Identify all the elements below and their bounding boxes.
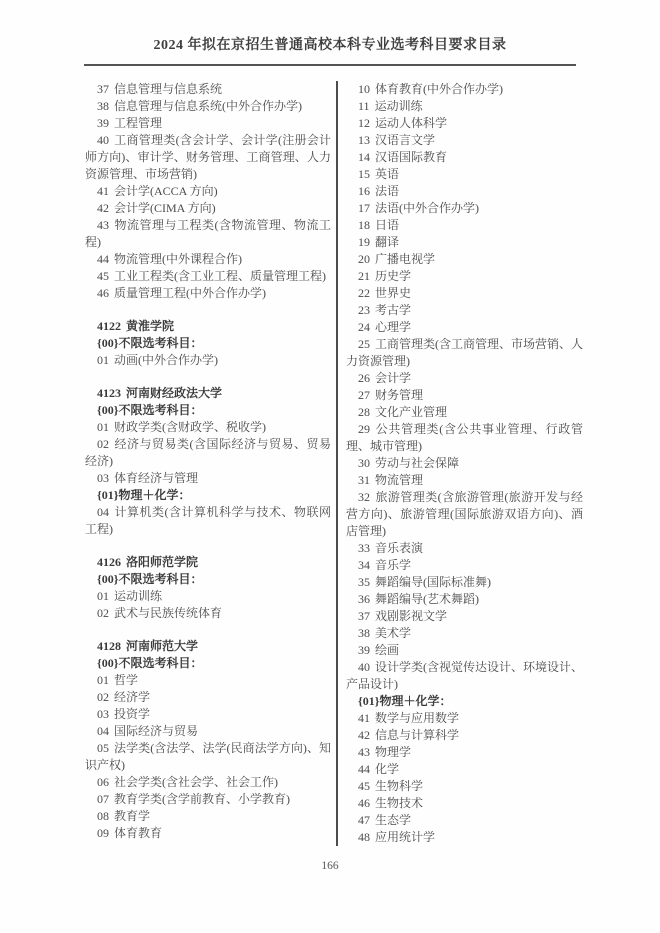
left-column: 37信息管理与信息系统38信息管理与信息系统(中外合作办学)39工程管理40工商…	[85, 81, 331, 846]
major-entry: 16法语	[346, 183, 583, 200]
major-name: 教育学	[114, 809, 150, 823]
major-name: 日语	[375, 218, 399, 232]
document-page: 2024 年拟在京招生普通高校本科专业选考科目要求目录 37信息管理与信息系统3…	[0, 0, 660, 933]
major-name: 旅游管理类(含旅游管理(旅游开发与经营方向)、旅游管理(国际旅游双语方向)、酒店…	[346, 490, 583, 538]
major-name: 工商管理类(含会计学、会计学(注册会计师方向)、审计学、财务管理、工商管理、人力…	[85, 133, 331, 181]
major-name: 戏剧影视文学	[375, 609, 447, 623]
major-entry: 43物理学	[346, 744, 583, 761]
major-entry: 44物流管理(中外课程合作)	[85, 251, 331, 268]
major-entry: 08教育学	[85, 808, 331, 825]
major-name: 会计学(CIMA 方向)	[114, 201, 216, 215]
major-name: 绘画	[375, 643, 399, 657]
major-number: 06	[97, 775, 109, 789]
major-number: 37	[358, 609, 370, 623]
major-number: 03	[97, 707, 109, 721]
major-name: 生物科学	[375, 779, 423, 793]
major-entry: 45生物科学	[346, 778, 583, 795]
major-name: 法语	[375, 184, 399, 198]
major-entry: 35舞蹈编导(国际标准舞)	[346, 574, 583, 591]
major-entry: 15英语	[346, 166, 583, 183]
subject-requirement-label: {00}不限选考科目：	[97, 572, 202, 586]
school-heading: 4123河南财经政法大学	[85, 385, 331, 402]
major-name: 会计学(ACCA 方向)	[114, 184, 218, 198]
column-divider	[336, 81, 338, 846]
major-name: 信息与计算科学	[375, 728, 459, 742]
major-number: 27	[358, 388, 370, 402]
major-name: 体育教育	[114, 826, 162, 840]
subject-requirement-heading: {00}不限选考科目：	[85, 571, 331, 588]
major-number: 16	[358, 184, 370, 198]
major-name: 经济学	[114, 690, 150, 704]
major-entry: 02经济与贸易类(含国际经济与贸易、贸易经济)	[85, 436, 331, 470]
school-code: 4122	[97, 319, 121, 333]
major-name: 体育经济与管理	[114, 471, 198, 485]
major-number: 48	[358, 830, 370, 844]
subject-requirement-heading: {00}不限选考科目：	[85, 655, 331, 672]
major-name: 广播电视学	[375, 252, 435, 266]
major-entry: 03投资学	[85, 706, 331, 723]
major-number: 15	[358, 167, 370, 181]
subject-requirement-label: {01}物理＋化学：	[97, 488, 190, 502]
major-entry: 14汉语国际教育	[346, 149, 583, 166]
major-name: 生物技术	[375, 796, 423, 810]
major-name: 汉语国际教育	[375, 150, 447, 164]
school-code: 4123	[97, 386, 121, 400]
major-entry: 12运动人体科学	[346, 115, 583, 132]
major-number: 31	[358, 473, 370, 487]
major-name: 运动训练	[375, 99, 423, 113]
major-entry: 27财务管理	[346, 387, 583, 404]
major-number: 08	[97, 809, 109, 823]
major-entry: 25工商管理类(含工商管理、市场营销、人力资源管理)	[346, 336, 583, 370]
major-entry: 05法学类(含法学、法学(民商法学方向)、知识产权)	[85, 740, 331, 774]
major-number: 37	[97, 82, 109, 96]
major-name: 物流管理(中外课程合作)	[114, 252, 242, 266]
major-number: 02	[97, 606, 109, 620]
right-column: 10体育教育(中外合作办学)11运动训练12运动人体科学13汉语言文学14汉语国…	[346, 81, 583, 846]
major-entry: 28文化产业管理	[346, 404, 583, 421]
major-number: 39	[358, 643, 370, 657]
major-entry: 04国际经济与贸易	[85, 723, 331, 740]
major-number: 04	[97, 505, 109, 519]
major-name: 工程管理	[114, 116, 162, 130]
major-number: 45	[358, 779, 370, 793]
major-name: 世界史	[375, 286, 411, 300]
major-name: 财政学类(含财政学、税收学)	[114, 420, 266, 434]
major-number: 05	[97, 741, 109, 755]
major-name: 舞蹈编导(艺术舞蹈)	[375, 592, 479, 606]
school-name: 河南师范大学	[126, 639, 198, 653]
major-entry: 01哲学	[85, 672, 331, 689]
subject-requirement-label: {00}不限选考科目：	[97, 403, 202, 417]
major-entry: 46质量管理工程(中外合作办学)	[85, 285, 331, 302]
major-entry: 01运动训练	[85, 588, 331, 605]
major-entry: 37信息管理与信息系统	[85, 81, 331, 98]
major-number: 22	[358, 286, 370, 300]
major-number: 44	[97, 252, 109, 266]
major-number: 46	[97, 286, 109, 300]
major-entry: 04计算机类(含计算机科学与技术、物联网工程)	[85, 504, 331, 538]
major-number: 46	[358, 796, 370, 810]
page-title: 2024 年拟在京招生普通高校本科专业选考科目要求目录	[0, 0, 660, 55]
major-entry: 02武术与民族传统体育	[85, 605, 331, 622]
major-number: 38	[97, 99, 109, 113]
major-number: 23	[358, 303, 370, 317]
major-name: 心理学	[375, 320, 411, 334]
subject-requirement-heading: {01}物理＋化学：	[85, 487, 331, 504]
major-entry: 43物流管理与工程类(含物流管理、物流工程)	[85, 217, 331, 251]
major-name: 财务管理	[375, 388, 423, 402]
subject-requirement-heading: {01}物理＋化学：	[346, 693, 583, 710]
major-number: 01	[97, 673, 109, 687]
major-name: 劳动与社会保障	[375, 456, 459, 470]
major-name: 投资学	[114, 707, 150, 721]
major-number: 33	[358, 541, 370, 555]
major-number: 36	[358, 592, 370, 606]
major-name: 经济与贸易类(含国际经济与贸易、贸易经济)	[85, 437, 331, 468]
major-name: 翻译	[375, 235, 399, 249]
major-name: 工商管理类(含工商管理、市场营销、人力资源管理)	[346, 337, 583, 368]
major-number: 24	[358, 320, 370, 334]
school-heading: 4128河南师范大学	[85, 638, 331, 655]
major-name: 物理学	[375, 745, 411, 759]
major-number: 43	[358, 745, 370, 759]
major-name: 质量管理工程(中外合作办学)	[114, 286, 266, 300]
major-name: 教育学类(含学前教育、小学教育)	[114, 792, 290, 806]
major-name: 运动训练	[114, 589, 162, 603]
major-entry: 39工程管理	[85, 115, 331, 132]
major-entry: 33音乐表演	[346, 540, 583, 557]
major-number: 45	[97, 269, 109, 283]
major-name: 武术与民族传统体育	[114, 606, 222, 620]
major-number: 04	[97, 724, 109, 738]
page-header: 2024 年拟在京招生普通高校本科专业选考科目要求目录	[0, 0, 660, 66]
major-entry: 34音乐学	[346, 557, 583, 574]
major-entry: 22世界史	[346, 285, 583, 302]
major-number: 39	[97, 116, 109, 130]
page-number: 166	[321, 860, 338, 872]
major-name: 体育教育(中外合作办学)	[375, 82, 503, 96]
major-name: 哲学	[114, 673, 138, 687]
major-name: 音乐学	[375, 558, 411, 572]
major-number: 30	[358, 456, 370, 470]
major-name: 舞蹈编导(国际标准舞)	[375, 575, 491, 589]
major-number: 29	[358, 422, 370, 436]
major-name: 社会学类(含社会学、社会工作)	[114, 775, 278, 789]
page-footer: 166	[0, 860, 660, 872]
major-entry: 18日语	[346, 217, 583, 234]
major-entry: 02经济学	[85, 689, 331, 706]
major-name: 英语	[375, 167, 399, 181]
major-number: 38	[358, 626, 370, 640]
major-entry: 38美术学	[346, 625, 583, 642]
major-name: 设计学类(含视觉传达设计、环境设计、产品设计)	[346, 660, 583, 691]
major-entry: 32旅游管理类(含旅游管理(旅游开发与经营方向)、旅游管理(国际旅游双语方向)、…	[346, 489, 583, 540]
major-entry: 17法语(中外合作办学)	[346, 200, 583, 217]
major-number: 28	[358, 405, 370, 419]
major-number: 41	[97, 184, 109, 198]
major-entry: 11运动训练	[346, 98, 583, 115]
major-number: 34	[358, 558, 370, 572]
major-name: 物流管理	[375, 473, 423, 487]
major-number: 35	[358, 575, 370, 589]
major-entry: 45工业工程类(含工业工程、质量管理工程)	[85, 268, 331, 285]
major-entry: 39绘画	[346, 642, 583, 659]
major-entry: 10体育教育(中外合作办学)	[346, 81, 583, 98]
major-name: 信息管理与信息系统(中外合作办学)	[114, 99, 302, 113]
major-entry: 47生态学	[346, 812, 583, 829]
major-number: 44	[358, 762, 370, 776]
major-entry: 41数学与应用数学	[346, 710, 583, 727]
school-name: 河南财经政法大学	[126, 386, 222, 400]
major-number: 02	[97, 690, 109, 704]
major-entry: 30劳动与社会保障	[346, 455, 583, 472]
major-number: 43	[97, 218, 109, 232]
major-name: 应用统计学	[375, 830, 435, 844]
major-number: 02	[97, 437, 109, 451]
major-name: 法语(中外合作办学)	[375, 201, 479, 215]
major-number: 11	[358, 99, 370, 113]
major-name: 公共管理类(含公共事业管理、行政管理、城市管理)	[346, 422, 583, 453]
major-name: 计算机类(含计算机科学与技术、物联网工程)	[85, 505, 331, 536]
major-name: 文化产业管理	[375, 405, 447, 419]
two-column-content: 37信息管理与信息系统38信息管理与信息系统(中外合作办学)39工程管理40工商…	[0, 66, 660, 846]
major-name: 数学与应用数学	[375, 711, 459, 725]
major-entry: 21历史学	[346, 268, 583, 285]
major-name: 工业工程类(含工业工程、质量管理工程)	[114, 269, 326, 283]
major-entry: 42会计学(CIMA 方向)	[85, 200, 331, 217]
major-name: 生态学	[375, 813, 411, 827]
school-name: 黄淮学院	[126, 319, 174, 333]
major-number: 42	[358, 728, 370, 742]
subject-requirement-label: {00}不限选考科目：	[97, 656, 202, 670]
subject-requirement-heading: {00}不限选考科目：	[85, 335, 331, 352]
major-entry: 26会计学	[346, 370, 583, 387]
major-number: 32	[358, 490, 370, 504]
major-entry: 09体育教育	[85, 825, 331, 842]
major-entry: 20广播电视学	[346, 251, 583, 268]
major-number: 47	[358, 813, 370, 827]
school-code: 4126	[97, 555, 121, 569]
major-entry: 31物流管理	[346, 472, 583, 489]
major-entry: 37戏剧影视文学	[346, 608, 583, 625]
major-number: 20	[358, 252, 370, 266]
major-name: 化学	[375, 762, 399, 776]
major-entry: 42信息与计算科学	[346, 727, 583, 744]
major-name: 会计学	[375, 371, 411, 385]
subject-requirement-heading: {00}不限选考科目：	[85, 402, 331, 419]
major-entry: 36舞蹈编导(艺术舞蹈)	[346, 591, 583, 608]
major-entry: 13汉语言文学	[346, 132, 583, 149]
subject-requirement-label: {01}物理＋化学：	[358, 694, 451, 708]
major-name: 法学类(含法学、法学(民商法学方向)、知识产权)	[85, 741, 331, 772]
major-entry: 29公共管理类(含公共事业管理、行政管理、城市管理)	[346, 421, 583, 455]
major-entry: 03体育经济与管理	[85, 470, 331, 487]
major-number: 25	[358, 337, 370, 351]
school-name: 洛阳师范学院	[126, 555, 198, 569]
major-entry: 48应用统计学	[346, 829, 583, 846]
major-name: 运动人体科学	[375, 116, 447, 130]
major-name: 美术学	[375, 626, 411, 640]
major-name: 国际经济与贸易	[114, 724, 198, 738]
major-number: 10	[358, 82, 370, 96]
major-number: 09	[97, 826, 109, 840]
major-number: 40	[97, 133, 109, 147]
major-number: 01	[97, 589, 109, 603]
major-number: 12	[358, 116, 370, 130]
major-number: 01	[97, 420, 109, 434]
major-entry: 06社会学类(含社会学、社会工作)	[85, 774, 331, 791]
major-entry: 41会计学(ACCA 方向)	[85, 183, 331, 200]
major-number: 03	[97, 471, 109, 485]
major-name: 音乐表演	[375, 541, 423, 555]
major-entry: 07教育学类(含学前教育、小学教育)	[85, 791, 331, 808]
major-name: 动画(中外合作办学)	[114, 353, 218, 367]
major-name: 汉语言文学	[375, 133, 435, 147]
major-entry: 44化学	[346, 761, 583, 778]
major-number: 13	[358, 133, 370, 147]
major-number: 41	[358, 711, 370, 725]
major-entry: 46生物技术	[346, 795, 583, 812]
major-name: 物流管理与工程类(含物流管理、物流工程)	[85, 218, 331, 249]
major-number: 42	[97, 201, 109, 215]
school-code: 4128	[97, 639, 121, 653]
major-entry: 19翻译	[346, 234, 583, 251]
subject-requirement-label: {00}不限选考科目：	[97, 336, 202, 350]
major-name: 考古学	[375, 303, 411, 317]
major-number: 26	[358, 371, 370, 385]
major-number: 18	[358, 218, 370, 232]
major-entry: 40工商管理类(含会计学、会计学(注册会计师方向)、审计学、财务管理、工商管理、…	[85, 132, 331, 183]
major-number: 17	[358, 201, 370, 215]
major-number: 19	[358, 235, 370, 249]
school-heading: 4122黄淮学院	[85, 318, 331, 335]
major-entry: 40设计学类(含视觉传达设计、环境设计、产品设计)	[346, 659, 583, 693]
major-entry: 01动画(中外合作办学)	[85, 352, 331, 369]
major-number: 07	[97, 792, 109, 806]
major-number: 40	[358, 660, 370, 674]
major-number: 14	[358, 150, 370, 164]
major-entry: 01财政学类(含财政学、税收学)	[85, 419, 331, 436]
major-entry: 23考古学	[346, 302, 583, 319]
major-entry: 38信息管理与信息系统(中外合作办学)	[85, 98, 331, 115]
major-number: 21	[358, 269, 370, 283]
major-number: 01	[97, 353, 109, 367]
major-name: 历史学	[375, 269, 411, 283]
school-heading: 4126洛阳师范学院	[85, 554, 331, 571]
major-name: 信息管理与信息系统	[114, 82, 222, 96]
major-entry: 24心理学	[346, 319, 583, 336]
